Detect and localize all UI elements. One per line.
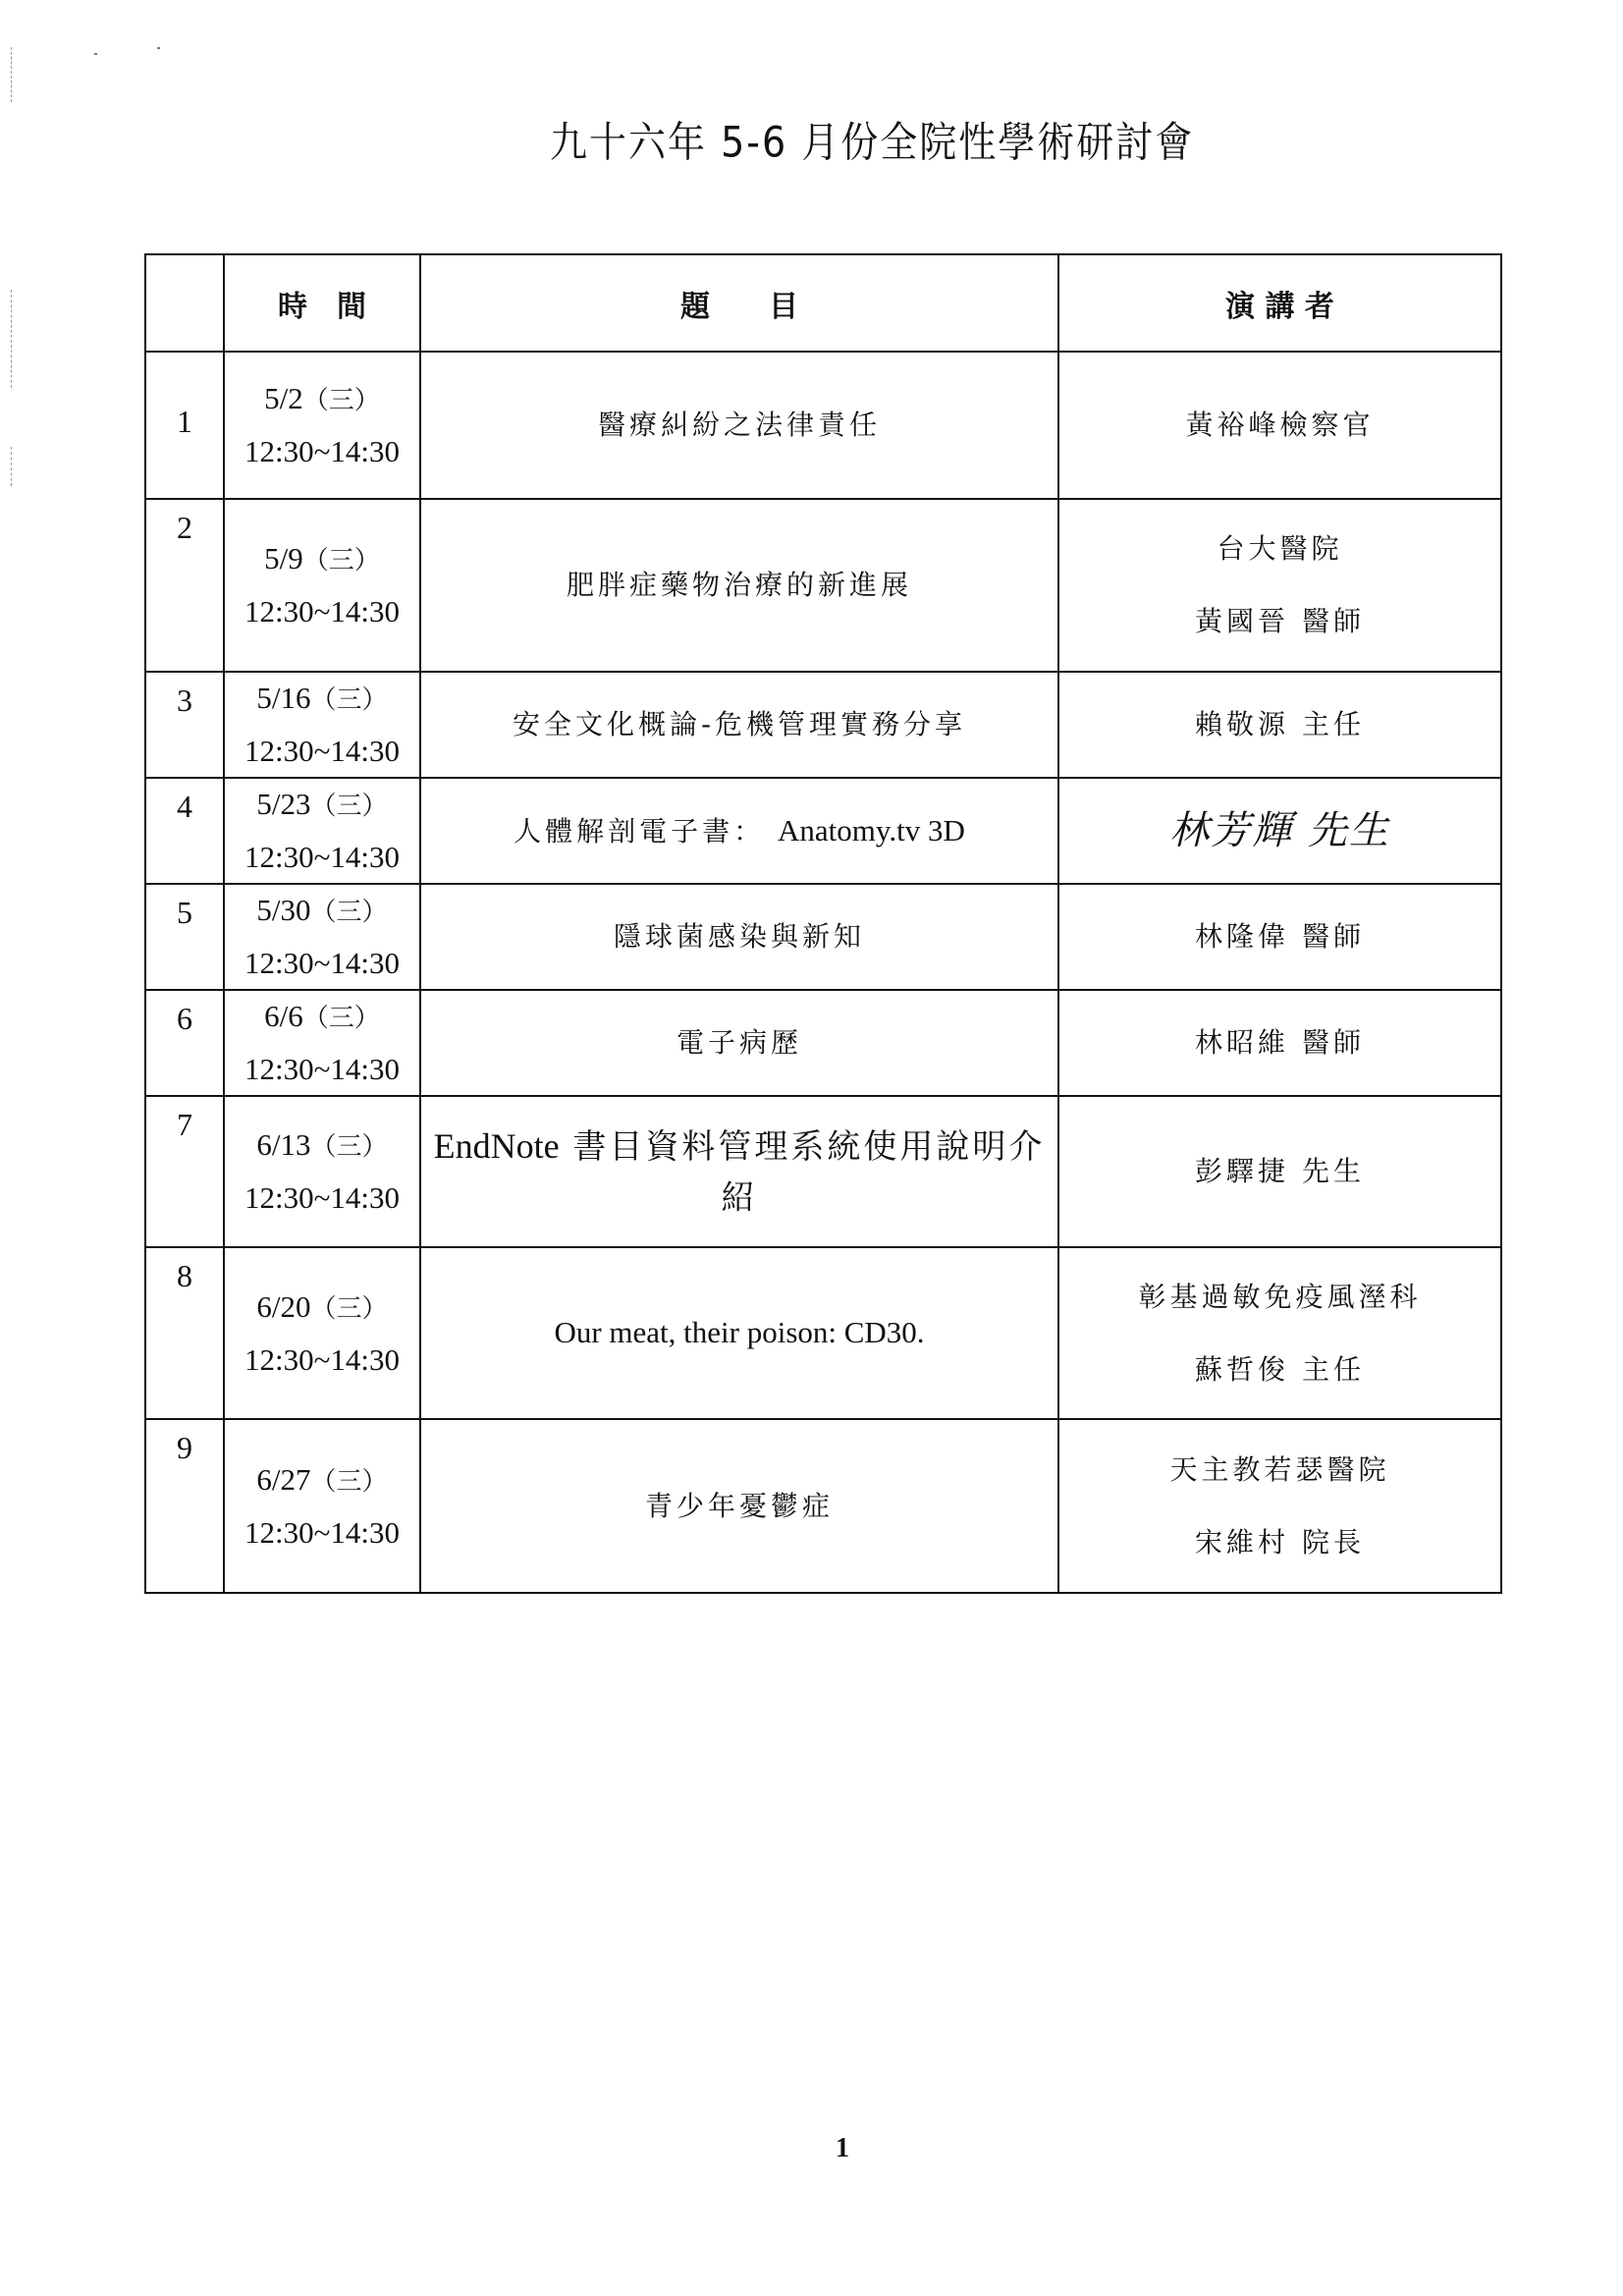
session-time: 5/23（三） 12:30~14:30 [224, 778, 420, 884]
table-row: 8 6/20（三） 12:30~14:30 Our meat, their po… [145, 1247, 1501, 1419]
header-speaker: 演 講 者 [1058, 254, 1501, 352]
session-date: 6/20 [256, 1289, 310, 1324]
table-row: 7 6/13（三） 12:30~14:30 EndNote 書目資料管理系統使用… [145, 1096, 1501, 1247]
table-row: 3 5/16（三） 12:30~14:30 安全文化概論-危機管理實務分享 賴敬… [145, 672, 1501, 778]
session-speaker-handwritten: 林芳輝 先生 [1058, 778, 1501, 884]
scan-artifact [11, 47, 13, 102]
header-time: 時 間 [224, 254, 420, 352]
session-weekday: （三） [303, 386, 380, 415]
session-topic: Our meat, their poison: CD30. [420, 1247, 1058, 1419]
session-date-line: 5/23（三） [225, 779, 419, 832]
session-speaker: 黃裕峰檢察官 [1058, 352, 1501, 499]
scan-artifact [11, 290, 13, 388]
row-number: 6 [145, 990, 224, 1096]
session-time: 5/9（三） 12:30~14:30 [224, 499, 420, 672]
session-date-line: 6/27（三） [225, 1454, 419, 1507]
speaker-line: 黃裕峰檢察官 [1059, 389, 1500, 462]
session-speaker: 林昭維 醫師 [1058, 990, 1501, 1096]
session-weekday: （三） [311, 1467, 388, 1497]
session-hours: 12:30~14:30 [225, 426, 419, 477]
session-time: 6/27（三） 12:30~14:30 [224, 1419, 420, 1593]
table-row: 2 5/9（三） 12:30~14:30 肥胖症藥物治療的新進展 台大醫院 黃國… [145, 499, 1501, 672]
scan-speck [94, 53, 97, 55]
session-weekday: （三） [303, 1004, 380, 1033]
row-number: 3 [145, 672, 224, 778]
session-date-line: 5/30（三） [225, 885, 419, 938]
session-speaker: 彭驛捷 先生 [1058, 1096, 1501, 1247]
speaker-line: 林芳輝 先生 [1059, 794, 1500, 867]
session-date-line: 5/16（三） [225, 673, 419, 726]
speaker-line: 賴敬源 主任 [1059, 688, 1500, 761]
row-number: 5 [145, 884, 224, 990]
row-number: 9 [145, 1419, 224, 1593]
session-topic: 青少年憂鬱症 [420, 1419, 1058, 1593]
speaker-affiliation: 彰基過敏免疫風溼科 [1059, 1261, 1500, 1334]
session-topic: EndNote 書目資料管理系統使用說明介紹 [420, 1096, 1058, 1247]
session-weekday: （三） [311, 792, 388, 821]
header-topic: 題 目 [420, 254, 1058, 352]
row-number: 7 [145, 1096, 224, 1247]
table-row: 5 5/30（三） 12:30~14:30 隱球菌感染與新知 林隆偉 醫師 [145, 884, 1501, 990]
session-date: 5/30 [256, 893, 310, 927]
topic-latin: Our meat, their poison: CD30. [554, 1315, 924, 1349]
session-topic: 電子病歷 [420, 990, 1058, 1096]
speaker-affiliation: 台大醫院 [1059, 513, 1500, 585]
speaker-affiliation: 天主教若瑟醫院 [1059, 1434, 1500, 1506]
topic-latin: EndNote [434, 1126, 560, 1166]
session-time: 5/2（三） 12:30~14:30 [224, 352, 420, 499]
session-date-line: 5/9（三） [225, 533, 419, 586]
session-date-line: 6/13（三） [225, 1120, 419, 1173]
row-number: 2 [145, 499, 224, 672]
session-hours: 12:30~14:30 [225, 1173, 419, 1224]
session-speaker: 天主教若瑟醫院 宋維村 院長 [1058, 1419, 1501, 1593]
session-time: 5/30（三） 12:30~14:30 [224, 884, 420, 990]
session-date: 5/2 [264, 381, 303, 415]
session-topic: 安全文化概論-危機管理實務分享 [420, 672, 1058, 778]
speaker-name: 宋維村 院長 [1059, 1506, 1500, 1579]
table-row: 1 5/2（三） 12:30~14:30 醫療糾紛之法律責任 黃裕峰檢察官 [145, 352, 1501, 499]
scan-speck [157, 47, 160, 49]
session-speaker: 台大醫院 黃國晉 醫師 [1058, 499, 1501, 672]
scan-artifact [11, 447, 13, 486]
session-speaker: 林隆偉 醫師 [1058, 884, 1501, 990]
session-time: 6/6（三） 12:30~14:30 [224, 990, 420, 1096]
session-weekday: （三） [311, 1132, 388, 1162]
session-topic: 肥胖症藥物治療的新進展 [420, 499, 1058, 672]
session-date: 5/9 [264, 541, 303, 575]
session-speaker: 彰基過敏免疫風溼科 蘇哲俊 主任 [1058, 1247, 1501, 1419]
speaker-name: 蘇哲俊 主任 [1059, 1334, 1500, 1406]
row-number: 1 [145, 352, 224, 499]
page-title: 九十六年 5-6 月份全院性學術研討會 [550, 108, 1178, 169]
session-speaker: 賴敬源 主任 [1058, 672, 1501, 778]
session-time: 5/16（三） 12:30~14:30 [224, 672, 420, 778]
session-weekday: （三） [311, 1294, 388, 1324]
session-date-line: 6/20（三） [225, 1282, 419, 1335]
session-date: 5/23 [256, 787, 310, 821]
session-date: 6/6 [264, 999, 303, 1033]
session-weekday: （三） [311, 898, 388, 927]
session-time: 6/20（三） 12:30~14:30 [224, 1247, 420, 1419]
session-weekday: （三） [311, 685, 388, 715]
session-date: 6/27 [256, 1462, 310, 1497]
table-row: 4 5/23（三） 12:30~14:30 人體解剖電子書： Anatomy.t… [145, 778, 1501, 884]
session-hours: 12:30~14:30 [225, 1507, 419, 1558]
row-number: 8 [145, 1247, 224, 1419]
topic-cjk: 人體解剖電子書： [514, 815, 765, 847]
session-hours: 12:30~14:30 [225, 726, 419, 777]
session-date: 6/13 [256, 1127, 310, 1162]
session-date: 5/16 [256, 681, 310, 715]
speaker-name: 黃國晉 醫師 [1059, 585, 1500, 658]
session-hours: 12:30~14:30 [225, 938, 419, 989]
session-hours: 12:30~14:30 [225, 586, 419, 637]
table-header-row: 時 間 題 目 演 講 者 [145, 254, 1501, 352]
session-hours: 12:30~14:30 [225, 1044, 419, 1095]
speaker-line: 林昭維 醫師 [1059, 1007, 1500, 1079]
row-number: 4 [145, 778, 224, 884]
session-time: 6/13（三） 12:30~14:30 [224, 1096, 420, 1247]
table-row: 9 6/27（三） 12:30~14:30 青少年憂鬱症 天主教若瑟醫院 宋維村… [145, 1419, 1501, 1593]
topic-latin: Anatomy.tv 3D [778, 813, 965, 847]
speaker-line: 彭驛捷 先生 [1059, 1135, 1500, 1208]
speaker-line: 林隆偉 醫師 [1059, 901, 1500, 973]
session-weekday: （三） [303, 546, 380, 575]
topic-cjk: 書目資料管理系統使用說明介紹 [572, 1127, 1045, 1218]
session-date-line: 5/2（三） [225, 373, 419, 426]
seminar-schedule-table: 時 間 題 目 演 講 者 1 5/2（三） 12:30~14:30 醫療糾紛之… [144, 253, 1502, 1594]
session-date-line: 6/6（三） [225, 991, 419, 1044]
session-hours: 12:30~14:30 [225, 832, 419, 883]
session-topic: 人體解剖電子書： Anatomy.tv 3D [420, 778, 1058, 884]
header-no [145, 254, 224, 352]
table-row: 6 6/6（三） 12:30~14:30 電子病歷 林昭維 醫師 [145, 990, 1501, 1096]
page-number: 1 [836, 2133, 849, 2164]
session-hours: 12:30~14:30 [225, 1335, 419, 1386]
session-topic: 醫療糾紛之法律責任 [420, 352, 1058, 499]
session-topic: 隱球菌感染與新知 [420, 884, 1058, 990]
